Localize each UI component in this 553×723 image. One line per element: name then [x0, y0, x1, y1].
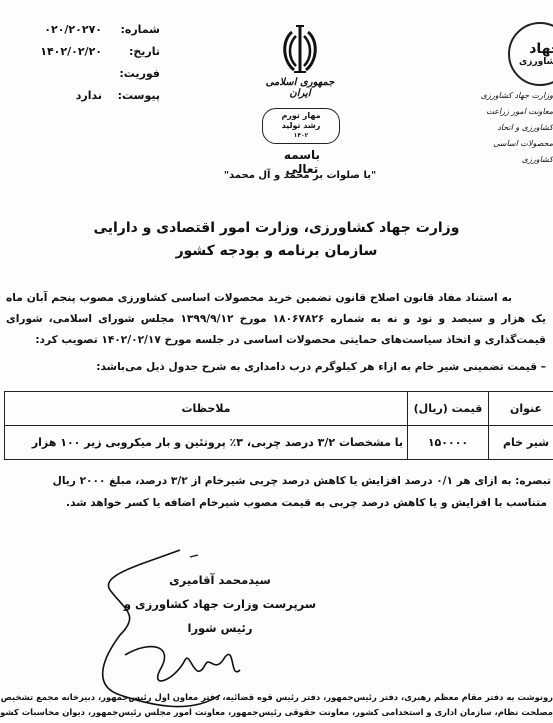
slogan-year: ۱۴۰۲: [294, 131, 309, 141]
meta-urgency: فوریت:: [10, 62, 160, 84]
cc-footer: رونوشت به دفتر مقام معظم رهبری، دفتر رئی…: [0, 690, 553, 720]
attachment-label: پیوست:: [112, 89, 160, 102]
note-line-1: تبصره: به ازای هر ۰/۱ درصد افزایش یا کاه…: [6, 470, 551, 492]
slogan-line2: رشد تولید: [282, 121, 321, 131]
attachment-value: ندارد: [76, 89, 102, 102]
table-header-row: عنوان قیمت (ریال) ملاحظات: [5, 392, 553, 426]
addressee-title-2: سازمان برنامه و بودجه کشور: [0, 243, 553, 259]
signer-name: سیدمحمد آقامیری: [110, 568, 330, 592]
logo-name-top: جهاد: [529, 41, 553, 57]
dept-line: کشاورزی و اتحاد: [473, 120, 553, 136]
iran-emblem: جمهوری اسلامی ایران: [265, 22, 335, 99]
addressee-title-1: وزارت جهاد کشاورزی، وزارت امور اقتصادی و…: [0, 220, 553, 236]
cc-line-1: رونوشت به دفتر مقام معظم رهبری، دفتر رئی…: [0, 690, 553, 705]
signature-block: سیدمحمد آقامیری سرپرست وزارت جهاد کشاورز…: [110, 568, 330, 640]
urgency-label: فوریت:: [112, 67, 160, 80]
cell-price: ۱۵۰۰۰۰: [408, 426, 489, 460]
iran-emblem-icon: [278, 22, 322, 76]
document-page: شماره: ۰۲۰/۲۰۲۷۰ تاریخ: ۱۴۰۲/۰۲/۲۰ فوریت…: [0, 0, 553, 723]
jihad-logo-icon: جهاد کشاورزی: [508, 22, 553, 86]
col-title-header: عنوان: [489, 392, 553, 426]
logo-name-bottom: کشاورزی: [519, 57, 553, 67]
note-line-2: متناسب با افزایش و یا کاهش درصد چربی به …: [6, 492, 551, 514]
price-table: عنوان قیمت (ریال) ملاحظات شیر خام ۱۵۰۰۰۰…: [4, 391, 553, 460]
dept-line: وزارت جهاد کشاورزی: [473, 88, 553, 104]
dept-line: محصولات اساسی کشاورزی: [473, 136, 553, 168]
date-label: تاریخ:: [112, 45, 160, 58]
meta-attachment: پیوست: ندارد: [10, 84, 160, 106]
number-label: شماره:: [112, 23, 160, 36]
slogan-line1: مهار تورم: [281, 111, 320, 121]
letter-meta: شماره: ۰۲۰/۲۰۲۷۰ تاریخ: ۱۴۰۲/۰۲/۲۰ فوریت…: [10, 18, 160, 106]
col-price-header: قیمت (ریال): [408, 392, 489, 426]
date-value: ۱۴۰۲/۰۲/۲۰: [40, 45, 102, 58]
col-notes-header: ملاحظات: [5, 392, 408, 426]
salavat-line: "با صلوات بر محمد و آل محمد": [215, 170, 385, 181]
country-name: جمهوری اسلامی ایران: [265, 77, 335, 99]
slogan-cartouche: مهار تورم رشد تولید ۱۴۰۲: [262, 108, 340, 144]
cell-title: شیر خام: [489, 426, 553, 460]
cc-line-2: مصلحت نظام، سازمان اداری و استخدامی کشور…: [0, 705, 553, 720]
meta-date: تاریخ: ۱۴۰۲/۰۲/۲۰: [10, 40, 160, 62]
dept-line: معاونت امور زراعت: [473, 104, 553, 120]
cell-notes: با مشخصات ۳/۲ درصد چربی، ۳٪ پروتئین و با…: [5, 426, 408, 460]
signer-title-1: سرپرست وزارت جهاد کشاورزی و: [110, 592, 330, 616]
ministry-department: وزارت جهاد کشاورزی معاونت امور زراعت کشا…: [473, 88, 553, 168]
price-bullet: – قیمت تضمینی شیر خام به ازاء هر کیلوگرم…: [6, 361, 546, 373]
table-row: شیر خام ۱۵۰۰۰۰ با مشخصات ۳/۲ درصد چربی، …: [5, 426, 553, 460]
number-value: ۰۲۰/۲۰۲۷۰: [44, 23, 102, 36]
body-paragraph: به استناد مفاد قانون اصلاح قانون تضمین خ…: [6, 288, 546, 351]
signer-title-2: رئیس شورا: [110, 616, 330, 640]
meta-number: شماره: ۰۲۰/۲۰۲۷۰: [10, 18, 160, 40]
